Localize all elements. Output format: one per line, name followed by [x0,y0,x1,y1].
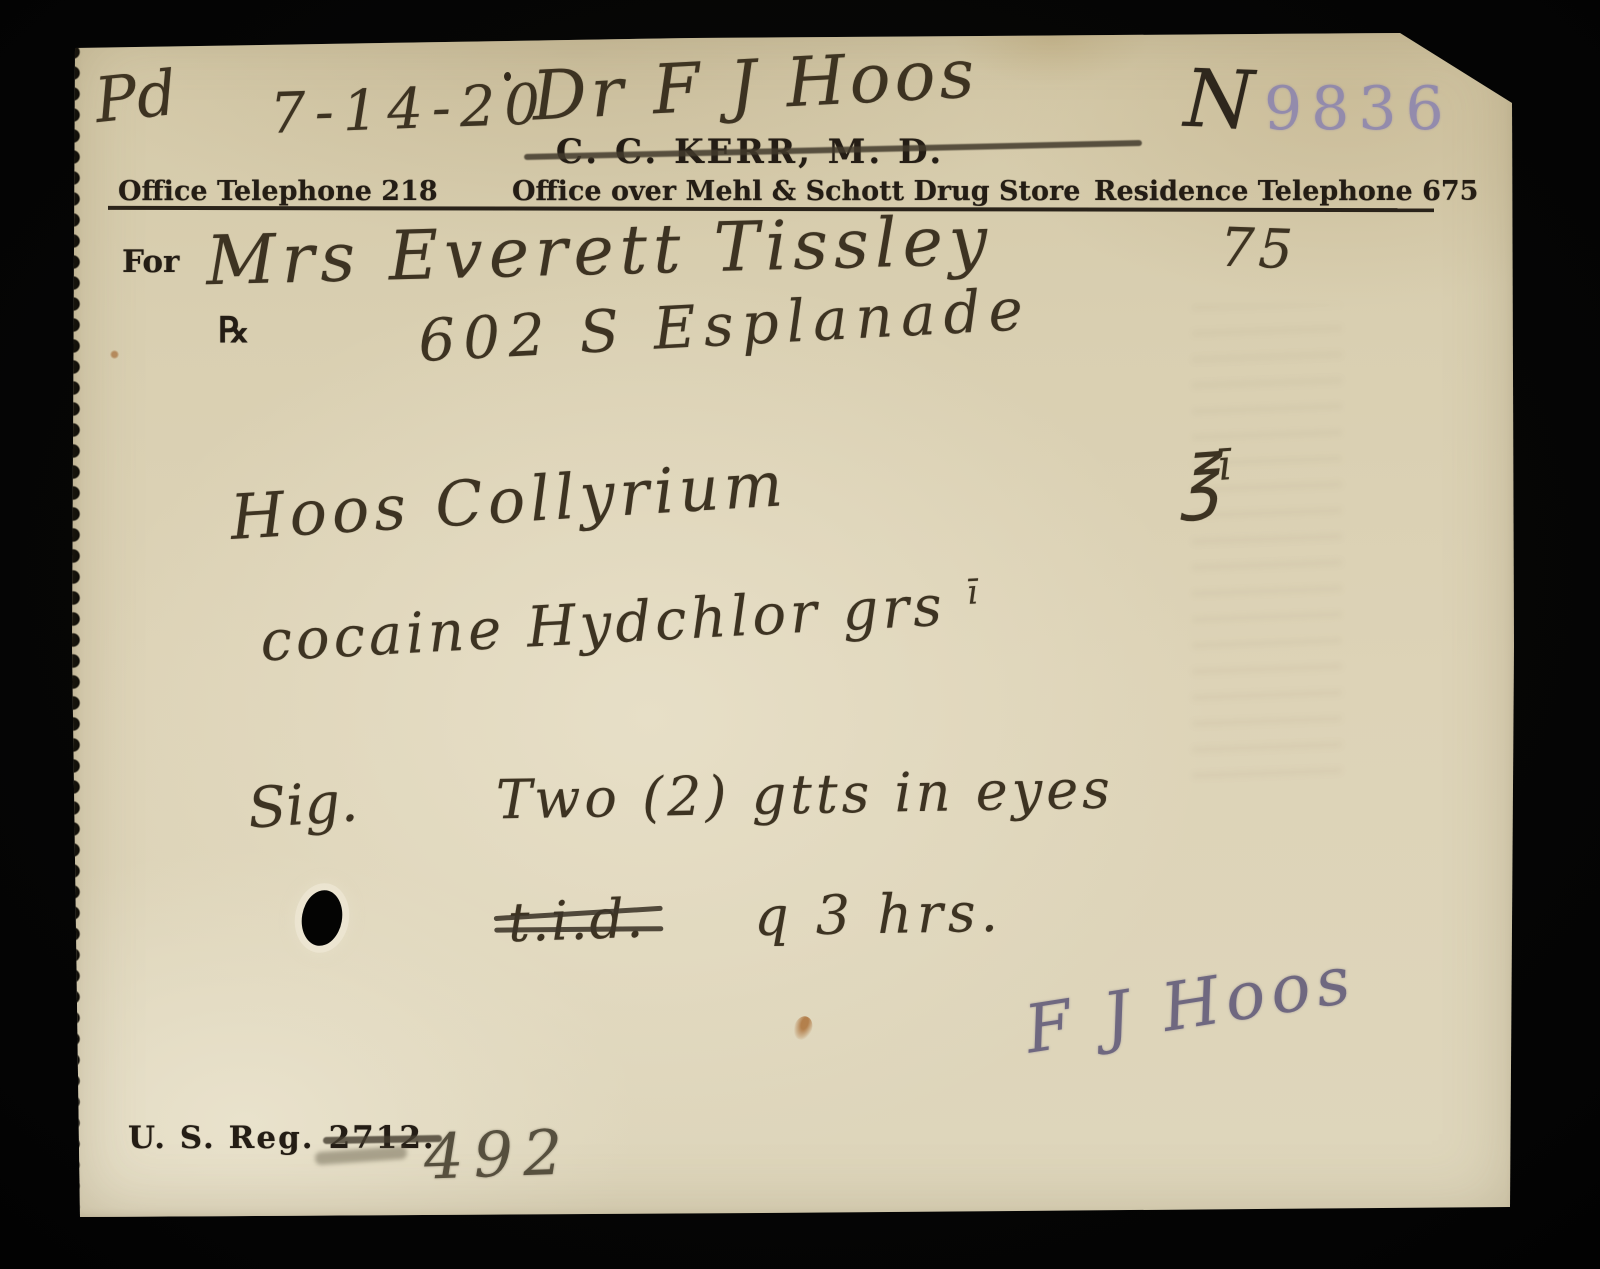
prescription-paper: Pd 7-14-20 Dr F J Hoos N 9836 C. C. KERR… [72,26,1516,1218]
ounce-symbol: ℥ [1175,439,1221,524]
office-phone: Office Telephone 218 [118,176,438,207]
sig-instructions-line-1: Two (2) gtts in eyes [496,763,1115,828]
doctor-signature: F J Hoos [1021,946,1360,1063]
medication-line-1-quantity: ℥ī [1176,444,1235,518]
small-stain [110,350,119,359]
hole-punch [297,887,346,949]
us-reg-label: U. S. Reg. [128,1120,315,1156]
for-line [72,33,1084,35]
us-reg-line: U. S. Reg.2712. [128,1120,436,1156]
printed-reg-number: 2712. [329,1120,436,1156]
medication-line-2: cocaine Hydchlor grs ī [259,575,984,670]
for-label: For [122,244,179,280]
rust-stain [790,1014,815,1043]
top-stain [952,26,1152,86]
rx-number-underline [72,25,232,34]
medication-line-2-text: cocaine Hydchlor grs [259,574,948,675]
rx-symbol: ℞ [218,310,249,351]
patient-address: 602 S Esplanade [417,280,1032,370]
handwritten-reg-number: 492 [423,1121,573,1188]
quantity-superscript: ī [1216,440,1233,490]
doctor-name-handwritten: Dr F J Hoos [531,40,980,131]
sig-label: Sig. [246,774,360,838]
scan-background: { "document_type": "prescription-form", … [0,0,1600,1269]
paid-mark: Pd [92,62,179,132]
medication-line-1: Hoos Collyrium [229,453,790,549]
ink-ghosting [1192,304,1342,779]
sig-instructions-line-2: q 3 hrs. [754,886,1004,944]
perforated-edge [68,42,86,1212]
rx-number-stamp: 9836 [1264,74,1453,144]
grains-superscript: ī [966,572,983,612]
date-handwritten: 7-14-20 [269,77,550,143]
residence-phone: Residence Telephone 675 [1094,176,1478,207]
fee-amount: 75 [1219,221,1298,278]
rx-number-prefix: N [1183,59,1256,141]
sig-crossed-out-text: t.i.d. [507,892,646,951]
